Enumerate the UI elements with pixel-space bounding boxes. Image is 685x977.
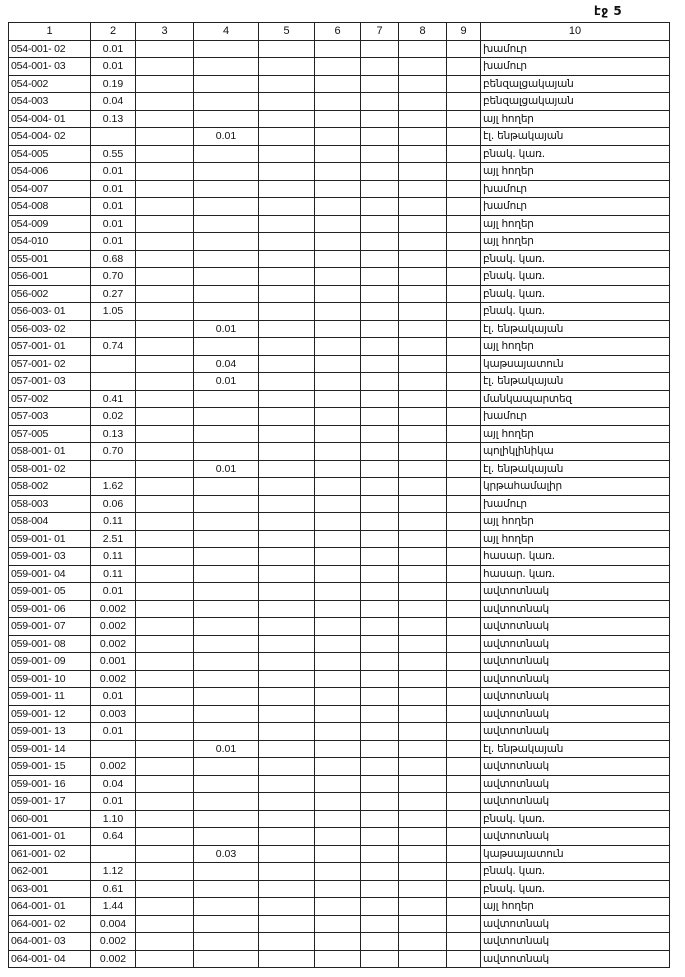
area-cell-col2: 0.01 — [91, 723, 136, 741]
empty-cell-col8 — [399, 163, 447, 181]
empty-cell-col3 — [136, 548, 194, 566]
column-header-1: 1 — [9, 23, 91, 41]
empty-cell-col3 — [136, 215, 194, 233]
empty-cell-col6 — [315, 75, 361, 93]
area-cell-col2: 0.11 — [91, 548, 136, 566]
empty-cell-col6 — [315, 408, 361, 426]
empty-cell-col7 — [361, 390, 399, 408]
parcel-code-cell: 056-003- 01 — [9, 303, 91, 321]
land-use-cell: այլ հողեր — [481, 338, 670, 356]
parcel-code-cell: 054-010 — [9, 233, 91, 251]
empty-cell-col7 — [361, 303, 399, 321]
empty-cell-col6 — [315, 898, 361, 916]
empty-cell-col9 — [447, 285, 481, 303]
empty-cell-col7 — [361, 75, 399, 93]
land-use-cell: ավտոտնակ — [481, 600, 670, 618]
area-cell-col4 — [194, 215, 259, 233]
empty-cell-col3 — [136, 408, 194, 426]
empty-cell-col3 — [136, 93, 194, 111]
area-cell-col4 — [194, 933, 259, 951]
empty-cell-col8 — [399, 250, 447, 268]
empty-cell-col8 — [399, 513, 447, 531]
land-use-cell: ավտոտնակ — [481, 688, 670, 706]
parcel-code-cell: 054-003 — [9, 93, 91, 111]
empty-cell-col9 — [447, 618, 481, 636]
parcel-code-cell: 056-002 — [9, 285, 91, 303]
land-use-cell: ավտոտնակ — [481, 618, 670, 636]
land-use-cell: խամուր — [481, 495, 670, 513]
empty-cell-col7 — [361, 180, 399, 198]
empty-cell-col9 — [447, 513, 481, 531]
land-use-cell: ավտոտնակ — [481, 723, 670, 741]
land-use-cell: ավտոտնակ — [481, 793, 670, 811]
area-cell-col2: 0.002 — [91, 670, 136, 688]
empty-cell-col7 — [361, 198, 399, 216]
empty-cell-col8 — [399, 950, 447, 968]
parcel-code-cell: 054-008 — [9, 198, 91, 216]
table-row: 059-001- 090.001ավտոտնակ — [9, 653, 670, 671]
empty-cell-col3 — [136, 688, 194, 706]
empty-cell-col5 — [259, 303, 315, 321]
empty-cell-col5 — [259, 950, 315, 968]
empty-cell-col5 — [259, 338, 315, 356]
empty-cell-col5 — [259, 40, 315, 58]
empty-cell-col5 — [259, 530, 315, 548]
empty-cell-col3 — [136, 880, 194, 898]
area-cell-col4: 0.04 — [194, 355, 259, 373]
area-cell-col4 — [194, 180, 259, 198]
empty-cell-col5 — [259, 128, 315, 146]
empty-cell-col6 — [315, 513, 361, 531]
empty-cell-col8 — [399, 758, 447, 776]
empty-cell-col3 — [136, 355, 194, 373]
empty-cell-col7 — [361, 810, 399, 828]
area-cell-col2: 0.27 — [91, 285, 136, 303]
land-use-cell: այլ հողեր — [481, 425, 670, 443]
land-use-cell: խամուր — [481, 58, 670, 76]
parcel-code-cell: 059-001- 16 — [9, 775, 91, 793]
parcel-code-cell: 059-001- 05 — [9, 583, 91, 601]
table-row: 054-0050.55բնակ. կառ. — [9, 145, 670, 163]
empty-cell-col8 — [399, 180, 447, 198]
empty-cell-col3 — [136, 723, 194, 741]
land-use-cell: ավտոտնակ — [481, 915, 670, 933]
area-cell-col2: 0.01 — [91, 215, 136, 233]
area-cell-col4 — [194, 513, 259, 531]
parcel-code-cell: 061-001- 02 — [9, 845, 91, 863]
empty-cell-col6 — [315, 478, 361, 496]
empty-cell-col5 — [259, 250, 315, 268]
empty-cell-col6 — [315, 268, 361, 286]
area-cell-col2: 0.002 — [91, 758, 136, 776]
empty-cell-col5 — [259, 565, 315, 583]
parcel-code-cell: 057-001- 03 — [9, 373, 91, 391]
empty-cell-col7 — [361, 635, 399, 653]
empty-cell-col9 — [447, 495, 481, 513]
table-row: 059-001- 150.002ավտոտնակ — [9, 758, 670, 776]
empty-cell-col5 — [259, 390, 315, 408]
empty-cell-col8 — [399, 705, 447, 723]
table-row: 062-0011.12բնակ. կառ. — [9, 863, 670, 881]
land-use-cell: պոլիկլինիկա — [481, 443, 670, 461]
land-use-cell: ավտոտնակ — [481, 670, 670, 688]
empty-cell-col5 — [259, 93, 315, 111]
empty-cell-col8 — [399, 408, 447, 426]
land-use-cell: բնակ. կառ. — [481, 268, 670, 286]
area-cell-col4: 0.01 — [194, 460, 259, 478]
empty-cell-col6 — [315, 40, 361, 58]
land-use-cell: այլ հողեր — [481, 513, 670, 531]
empty-cell-col8 — [399, 635, 447, 653]
empty-cell-col8 — [399, 58, 447, 76]
area-cell-col4 — [194, 233, 259, 251]
empty-cell-col9 — [447, 478, 481, 496]
empty-cell-col6 — [315, 653, 361, 671]
column-header-7: 7 — [361, 23, 399, 41]
empty-cell-col5 — [259, 933, 315, 951]
table-body: 054-001- 020.01խամուր054-001- 030.01խամո… — [9, 40, 670, 968]
empty-cell-col7 — [361, 425, 399, 443]
empty-cell-col9 — [447, 880, 481, 898]
empty-cell-col5 — [259, 670, 315, 688]
empty-cell-col8 — [399, 670, 447, 688]
table-row: 056-0020.27բնակ. կառ. — [9, 285, 670, 303]
empty-cell-col3 — [136, 740, 194, 758]
parcel-code-cell: 054-007 — [9, 180, 91, 198]
empty-cell-col9 — [447, 75, 481, 93]
parcel-code-cell: 057-005 — [9, 425, 91, 443]
empty-cell-col9 — [447, 635, 481, 653]
empty-cell-col7 — [361, 443, 399, 461]
empty-cell-col6 — [315, 915, 361, 933]
table-row: 057-001- 010.74այլ հողեր — [9, 338, 670, 356]
area-cell-col2: 0.01 — [91, 583, 136, 601]
empty-cell-col6 — [315, 880, 361, 898]
area-cell-col4: 0.01 — [194, 740, 259, 758]
area-cell-col4 — [194, 810, 259, 828]
empty-cell-col8 — [399, 583, 447, 601]
table-row: 061-001- 020.03կաթսայատուն — [9, 845, 670, 863]
empty-cell-col6 — [315, 250, 361, 268]
empty-cell-col3 — [136, 530, 194, 548]
area-cell-col4 — [194, 775, 259, 793]
empty-cell-col5 — [259, 233, 315, 251]
empty-cell-col9 — [447, 338, 481, 356]
land-use-cell: հասար. կառ. — [481, 548, 670, 566]
parcel-code-cell: 054-004- 01 — [9, 110, 91, 128]
empty-cell-col9 — [447, 110, 481, 128]
empty-cell-col8 — [399, 268, 447, 286]
empty-cell-col3 — [136, 775, 194, 793]
empty-cell-col7 — [361, 828, 399, 846]
empty-cell-col5 — [259, 775, 315, 793]
empty-cell-col5 — [259, 460, 315, 478]
area-cell-col2: 0.19 — [91, 75, 136, 93]
area-cell-col2 — [91, 128, 136, 146]
empty-cell-col6 — [315, 793, 361, 811]
empty-cell-col9 — [447, 915, 481, 933]
empty-cell-col5 — [259, 810, 315, 828]
land-use-cell: այլ հողեր — [481, 215, 670, 233]
area-cell-col4 — [194, 338, 259, 356]
parcel-code-cell: 064-001- 01 — [9, 898, 91, 916]
area-cell-col2: 0.68 — [91, 250, 136, 268]
area-cell-col2: 0.70 — [91, 443, 136, 461]
empty-cell-col7 — [361, 845, 399, 863]
area-cell-col4 — [194, 828, 259, 846]
empty-cell-col8 — [399, 355, 447, 373]
empty-cell-col8 — [399, 198, 447, 216]
table-row: 054-0070.01խամուր — [9, 180, 670, 198]
empty-cell-col6 — [315, 180, 361, 198]
land-use-cell: ավտոտնակ — [481, 583, 670, 601]
area-cell-col4 — [194, 163, 259, 181]
land-use-cell: բենզալցակայան — [481, 93, 670, 111]
table-row: 058-0030.06խամուր — [9, 495, 670, 513]
area-cell-col2: 0.01 — [91, 58, 136, 76]
area-cell-col4 — [194, 110, 259, 128]
empty-cell-col5 — [259, 75, 315, 93]
parcel-code-cell: 059-001- 14 — [9, 740, 91, 758]
empty-cell-col7 — [361, 548, 399, 566]
empty-cell-col8 — [399, 93, 447, 111]
empty-cell-col6 — [315, 93, 361, 111]
empty-cell-col9 — [447, 145, 481, 163]
empty-cell-col5 — [259, 828, 315, 846]
column-header-10: 10 — [481, 23, 670, 41]
area-cell-col4 — [194, 583, 259, 601]
column-header-8: 8 — [399, 23, 447, 41]
table-row: 054-0080.01խամուր — [9, 198, 670, 216]
empty-cell-col3 — [136, 145, 194, 163]
land-use-cell: ավտոտնակ — [481, 775, 670, 793]
empty-cell-col8 — [399, 793, 447, 811]
column-header-2: 2 — [91, 23, 136, 41]
empty-cell-col5 — [259, 425, 315, 443]
empty-cell-col6 — [315, 600, 361, 618]
empty-cell-col3 — [136, 320, 194, 338]
land-use-cell: բնակ. կառ. — [481, 880, 670, 898]
empty-cell-col3 — [136, 898, 194, 916]
empty-cell-col6 — [315, 338, 361, 356]
empty-cell-col8 — [399, 863, 447, 881]
area-cell-col4: 0.01 — [194, 320, 259, 338]
empty-cell-col5 — [259, 373, 315, 391]
empty-cell-col9 — [447, 688, 481, 706]
empty-cell-col3 — [136, 338, 194, 356]
empty-cell-col3 — [136, 390, 194, 408]
empty-cell-col9 — [447, 863, 481, 881]
empty-cell-col7 — [361, 758, 399, 776]
empty-cell-col8 — [399, 145, 447, 163]
empty-cell-col6 — [315, 583, 361, 601]
column-header-9: 9 — [447, 23, 481, 41]
table-row: 054-001- 020.01խամուր — [9, 40, 670, 58]
land-use-cell: հասար. կառ. — [481, 565, 670, 583]
area-cell-col2 — [91, 740, 136, 758]
empty-cell-col3 — [136, 233, 194, 251]
table-row: 059-001- 030.11հասար. կառ. — [9, 548, 670, 566]
empty-cell-col9 — [447, 425, 481, 443]
column-header-4: 4 — [194, 23, 259, 41]
empty-cell-col3 — [136, 600, 194, 618]
land-use-cell: այլ հողեր — [481, 163, 670, 181]
empty-cell-col8 — [399, 600, 447, 618]
parcel-code-cell: 057-003 — [9, 408, 91, 426]
empty-cell-col9 — [447, 128, 481, 146]
parcel-code-cell: 059-001- 03 — [9, 548, 91, 566]
table-row: 058-001- 010.70պոլիկլինիկա — [9, 443, 670, 461]
land-use-cell: այլ հողեր — [481, 110, 670, 128]
land-use-cell: ավտոտնակ — [481, 933, 670, 951]
parcel-code-cell: 055-001 — [9, 250, 91, 268]
empty-cell-col5 — [259, 618, 315, 636]
parcel-code-cell: 059-001- 06 — [9, 600, 91, 618]
empty-cell-col3 — [136, 460, 194, 478]
area-cell-col2: 0.003 — [91, 705, 136, 723]
column-header-6: 6 — [315, 23, 361, 41]
land-use-cell: խամուր — [481, 180, 670, 198]
empty-cell-col5 — [259, 898, 315, 916]
area-cell-col2: 0.002 — [91, 618, 136, 636]
empty-cell-col5 — [259, 705, 315, 723]
header-row: 12345678910 — [9, 23, 670, 41]
parcel-code-cell: 059-001- 01 — [9, 530, 91, 548]
table-row: 064-001- 030.002ավտոտնակ — [9, 933, 670, 951]
empty-cell-col3 — [136, 653, 194, 671]
table-row: 054-004- 020.01էլ. ենթակայան — [9, 128, 670, 146]
empty-cell-col5 — [259, 793, 315, 811]
empty-cell-col6 — [315, 863, 361, 881]
empty-cell-col7 — [361, 898, 399, 916]
empty-cell-col8 — [399, 460, 447, 478]
empty-cell-col3 — [136, 285, 194, 303]
land-use-cell: ավտոտնակ — [481, 950, 670, 968]
empty-cell-col7 — [361, 950, 399, 968]
area-cell-col2: 1.12 — [91, 863, 136, 881]
empty-cell-col7 — [361, 723, 399, 741]
empty-cell-col7 — [361, 495, 399, 513]
empty-cell-col3 — [136, 705, 194, 723]
empty-cell-col5 — [259, 880, 315, 898]
land-use-cell: ավտոտնակ — [481, 653, 670, 671]
empty-cell-col3 — [136, 478, 194, 496]
area-cell-col2: 0.04 — [91, 775, 136, 793]
empty-cell-col3 — [136, 180, 194, 198]
empty-cell-col6 — [315, 810, 361, 828]
empty-cell-col3 — [136, 810, 194, 828]
area-cell-col4 — [194, 478, 259, 496]
empty-cell-col3 — [136, 163, 194, 181]
area-cell-col2: 1.05 — [91, 303, 136, 321]
parcel-code-cell: 058-004 — [9, 513, 91, 531]
table-row: 059-001- 012.51այլ հողեր — [9, 530, 670, 548]
area-cell-col2: 0.04 — [91, 93, 136, 111]
empty-cell-col3 — [136, 513, 194, 531]
area-cell-col2: 1.44 — [91, 898, 136, 916]
empty-cell-col3 — [136, 933, 194, 951]
empty-cell-col7 — [361, 670, 399, 688]
empty-cell-col3 — [136, 75, 194, 93]
empty-cell-col5 — [259, 583, 315, 601]
table-row: 057-001- 020.04կաթսայատուն — [9, 355, 670, 373]
table-row: 054-0020.19բենզալցակայան — [9, 75, 670, 93]
empty-cell-col6 — [315, 425, 361, 443]
area-cell-col4 — [194, 93, 259, 111]
table-row: 056-003- 020.01էլ. ենթակայան — [9, 320, 670, 338]
empty-cell-col3 — [136, 268, 194, 286]
empty-cell-col8 — [399, 285, 447, 303]
empty-cell-col5 — [259, 478, 315, 496]
empty-cell-col7 — [361, 355, 399, 373]
table-row: 059-001- 100.002ավտոտնակ — [9, 670, 670, 688]
empty-cell-col5 — [259, 548, 315, 566]
empty-cell-col3 — [136, 793, 194, 811]
empty-cell-col6 — [315, 233, 361, 251]
empty-cell-col3 — [136, 495, 194, 513]
empty-cell-col5 — [259, 180, 315, 198]
area-cell-col4 — [194, 548, 259, 566]
empty-cell-col6 — [315, 828, 361, 846]
empty-cell-col7 — [361, 775, 399, 793]
empty-cell-col8 — [399, 128, 447, 146]
area-cell-col2: 0.01 — [91, 180, 136, 198]
area-cell-col2: 0.13 — [91, 110, 136, 128]
land-use-cell: բնակ. կառ. — [481, 250, 670, 268]
area-cell-col4 — [194, 705, 259, 723]
empty-cell-col6 — [315, 740, 361, 758]
empty-cell-col6 — [315, 285, 361, 303]
empty-cell-col6 — [315, 548, 361, 566]
area-cell-col4 — [194, 950, 259, 968]
empty-cell-col9 — [447, 653, 481, 671]
empty-cell-col3 — [136, 373, 194, 391]
area-cell-col4 — [194, 670, 259, 688]
table-row: 057-0050.13այլ հողեր — [9, 425, 670, 443]
area-cell-col2: 0.01 — [91, 40, 136, 58]
empty-cell-col5 — [259, 740, 315, 758]
area-cell-col4 — [194, 758, 259, 776]
land-use-cell: այլ հողեր — [481, 530, 670, 548]
area-cell-col2 — [91, 460, 136, 478]
parcel-code-cell: 054-006 — [9, 163, 91, 181]
table-row: 059-001- 120.003ավտոտնակ — [9, 705, 670, 723]
empty-cell-col9 — [447, 320, 481, 338]
empty-cell-col8 — [399, 110, 447, 128]
empty-cell-col7 — [361, 705, 399, 723]
empty-cell-col6 — [315, 530, 361, 548]
empty-cell-col8 — [399, 373, 447, 391]
empty-cell-col9 — [447, 233, 481, 251]
empty-cell-col9 — [447, 390, 481, 408]
parcel-code-cell: 054-002 — [9, 75, 91, 93]
parcel-code-cell: 057-001- 02 — [9, 355, 91, 373]
empty-cell-col7 — [361, 320, 399, 338]
parcel-code-cell: 054-005 — [9, 145, 91, 163]
area-cell-col4 — [194, 688, 259, 706]
land-use-cell: բնակ. կառ. — [481, 810, 670, 828]
empty-cell-col6 — [315, 723, 361, 741]
parcel-code-cell: 059-001- 08 — [9, 635, 91, 653]
empty-cell-col8 — [399, 723, 447, 741]
land-use-cell: ավտոտնակ — [481, 758, 670, 776]
land-use-cell: մանկապարտեզ — [481, 390, 670, 408]
area-cell-col2: 0.01 — [91, 793, 136, 811]
area-cell-col4 — [194, 408, 259, 426]
empty-cell-col6 — [315, 145, 361, 163]
parcel-code-cell: 054-001- 03 — [9, 58, 91, 76]
empty-cell-col8 — [399, 320, 447, 338]
